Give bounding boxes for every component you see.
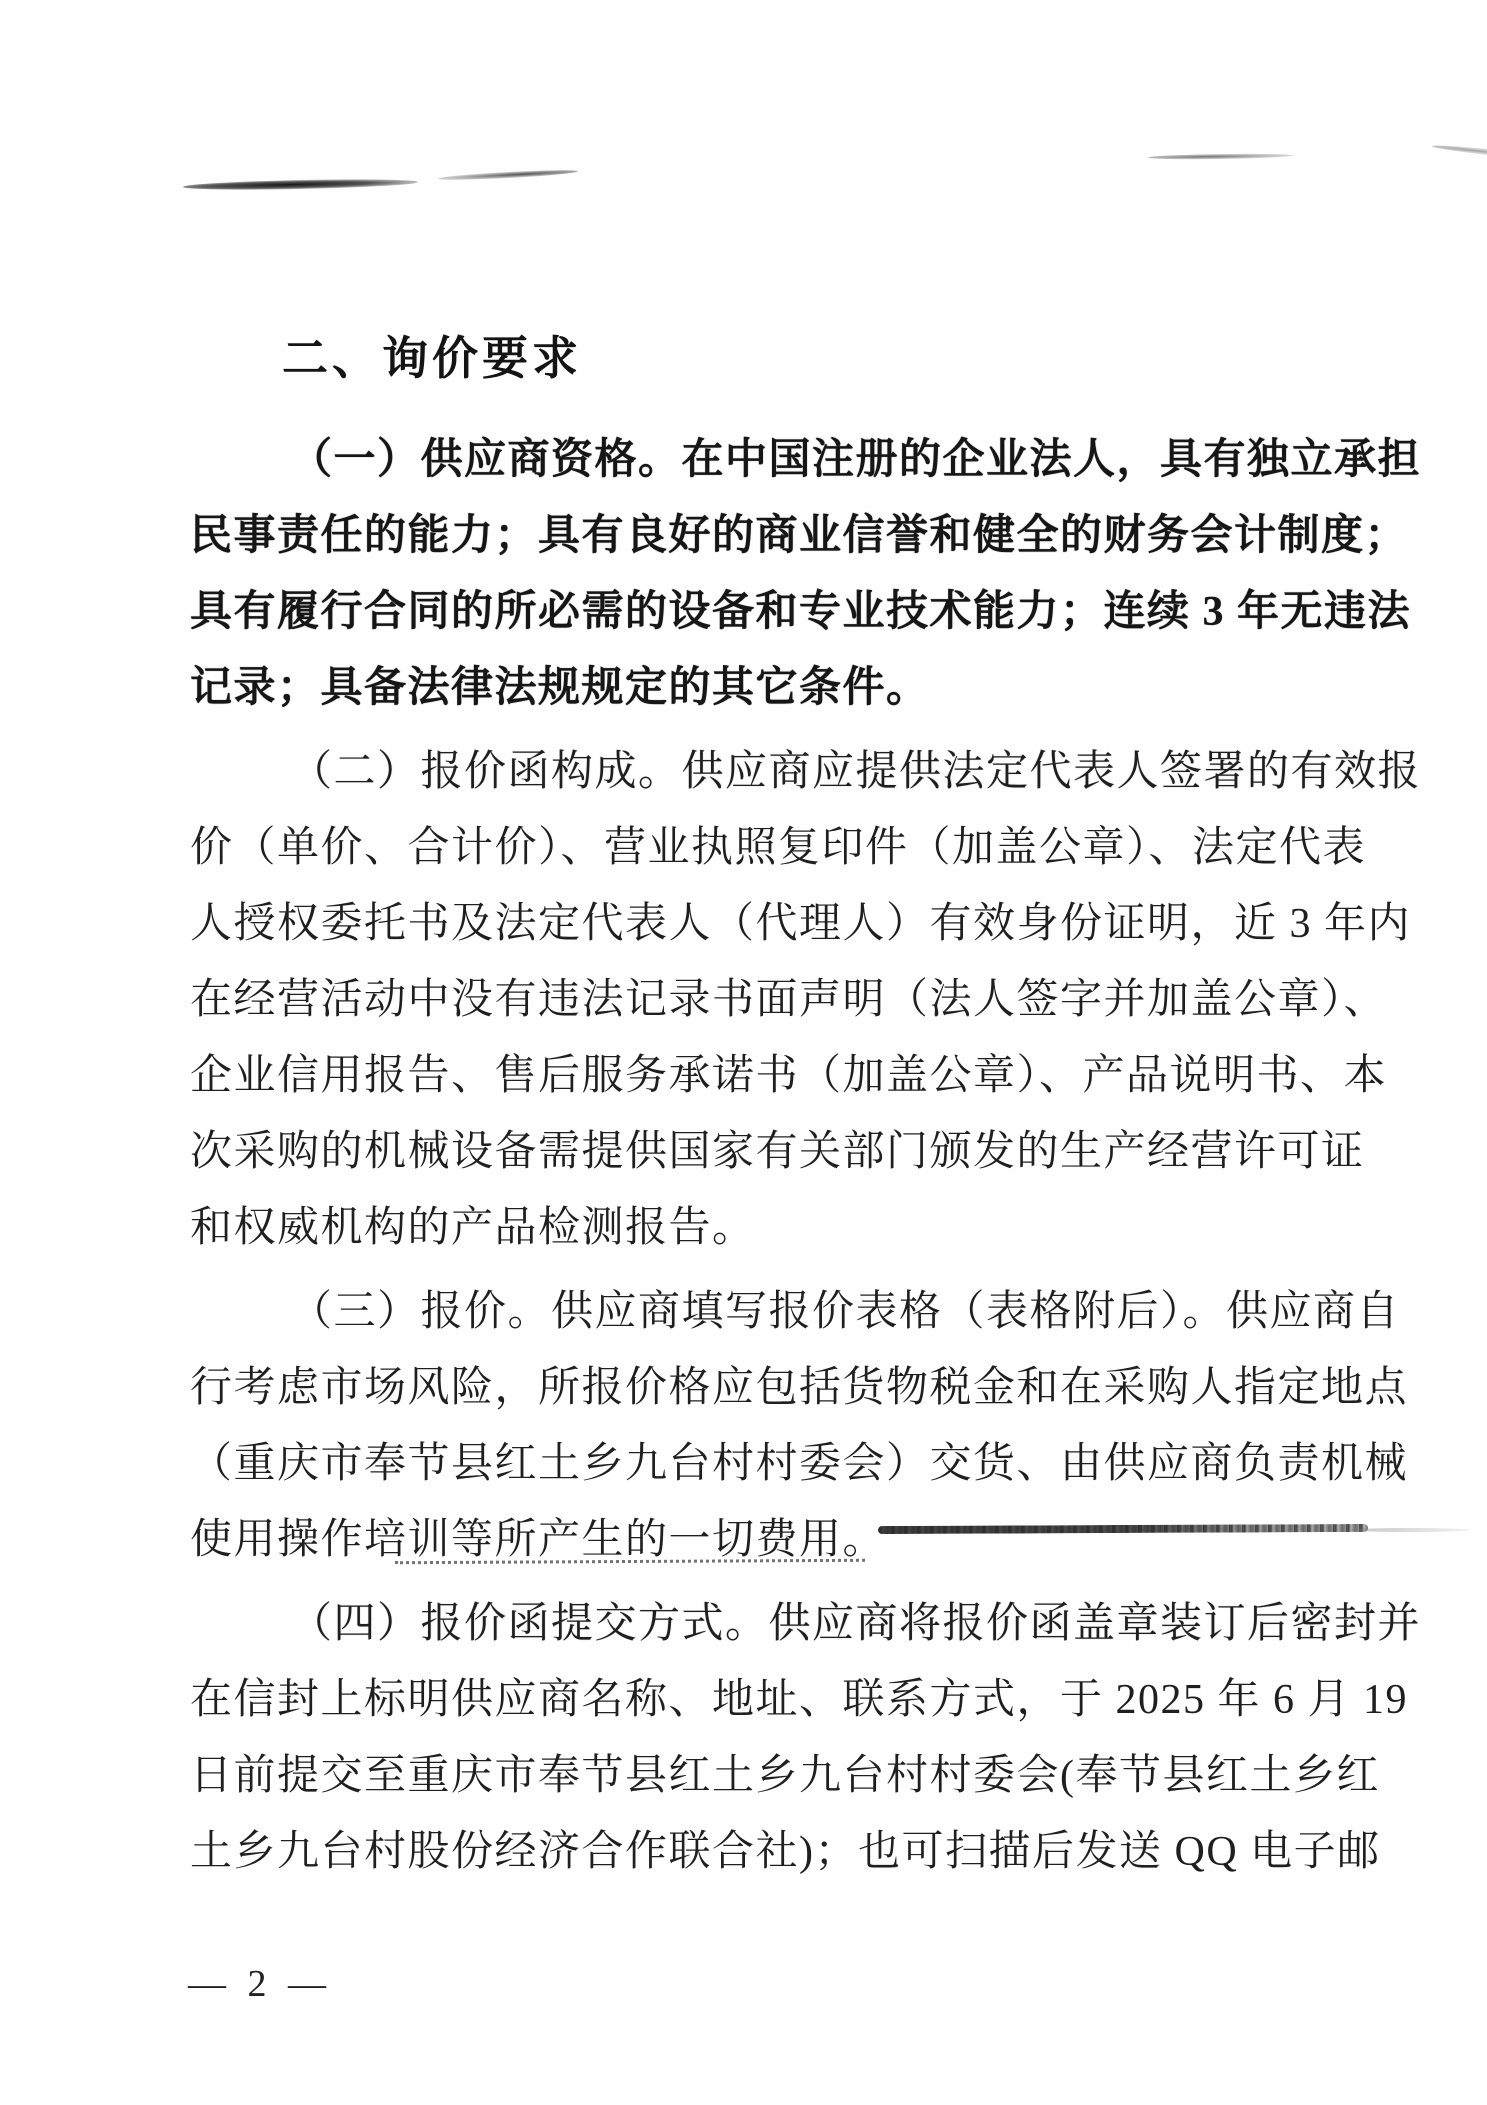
paragraph-line: 人授权委托书及法定代表人（代理人）有效身份证明，近 3 年内: [190, 886, 1320, 962]
paragraph-line: 次采购的机械设备需提供国家有关部门颁发的生产经营许可证: [190, 1114, 1320, 1190]
paragraph-supplier-qualification: （一）供应商资格。在中国注册的企业法人，具有独立承担 民事责任的能力；具有良好的…: [190, 422, 1320, 726]
paragraph-line: 具有履行合同的所必需的设备和专业技术能力；连续 3 年无违法: [190, 574, 1320, 650]
scan-smudge-artifact: [1432, 143, 1487, 163]
paragraph-line: 土乡九台村股份经济合作联合社)；也可扫描后发送 QQ 电子邮: [190, 1814, 1320, 1890]
section-heading: 二、询价要求: [190, 330, 1320, 386]
scan-smudge-artifact: [1148, 153, 1293, 160]
scan-smudge-artifact: [438, 168, 578, 181]
paragraph-quotation-submission-method: （四）报价函提交方式。供应商将报价函盖章装订后密封并 在信封上标明供应商名称、地…: [190, 1586, 1320, 1890]
paragraph-line: 行考虑市场风险，所报价格应包括货物税金和在采购人指定地点: [190, 1350, 1320, 1426]
paragraph-line: 记录；具备法律法规规定的其它条件。: [190, 650, 1320, 726]
paragraph-quotation-letter-composition: （二）报价函构成。供应商应提供法定代表人签署的有效报 价（单价、合计价）、营业执…: [190, 734, 1320, 1266]
paragraph-line: 在信封上标明供应商名称、地址、联系方式，于 2025 年 6 月 19: [190, 1662, 1320, 1738]
document-body: 二、询价要求 （一）供应商资格。在中国注册的企业法人，具有独立承担 民事责任的能…: [190, 330, 1320, 1890]
paragraph-quotation: （三）报价。供应商填写报价表格（表格附后）。供应商自 行考虑市场风险，所报价格应…: [190, 1274, 1320, 1578]
paragraph-line: 在经营活动中没有违法记录书面声明（法人签字并加盖公章）、: [190, 962, 1320, 1038]
scan-smudge-artifact: [1350, 1528, 1470, 1532]
paragraph-line: （重庆市奉节县红土乡九台村村委会）交货、由供应商负责机械: [190, 1426, 1320, 1502]
paragraph-line: （三）报价。供应商填写报价表格（表格附后）。供应商自: [190, 1274, 1320, 1350]
paragraph-line: 使用操作培训等所产生的一切费用。: [190, 1502, 1320, 1578]
scanned-document-page: 二、询价要求 （一）供应商资格。在中国注册的企业法人，具有独立承担 民事责任的能…: [0, 0, 1487, 2105]
scan-smudge-artifact: [183, 178, 418, 192]
page-number: — 2 —: [188, 1962, 332, 2006]
paragraph-line: （四）报价函提交方式。供应商将报价函盖章装订后密封并: [190, 1586, 1320, 1662]
paragraph-line: 和权威机构的产品检测报告。: [190, 1190, 1320, 1266]
paragraph-line: 民事责任的能力；具有良好的商业信誉和健全的财务会计制度；: [190, 498, 1320, 574]
paragraph-line: 企业信用报告、售后服务承诺书（加盖公章）、产品说明书、本: [190, 1038, 1320, 1114]
paragraph-line: 价（单价、合计价）、营业执照复印件（加盖公章）、法定代表: [190, 810, 1320, 886]
paragraph-line: （二）报价函构成。供应商应提供法定代表人签署的有效报: [190, 734, 1320, 810]
paragraph-line: （一）供应商资格。在中国注册的企业法人，具有独立承担: [190, 422, 1320, 498]
paragraph-line: 日前提交至重庆市奉节县红土乡九台村村委会(奉节县红土乡红: [190, 1738, 1320, 1814]
